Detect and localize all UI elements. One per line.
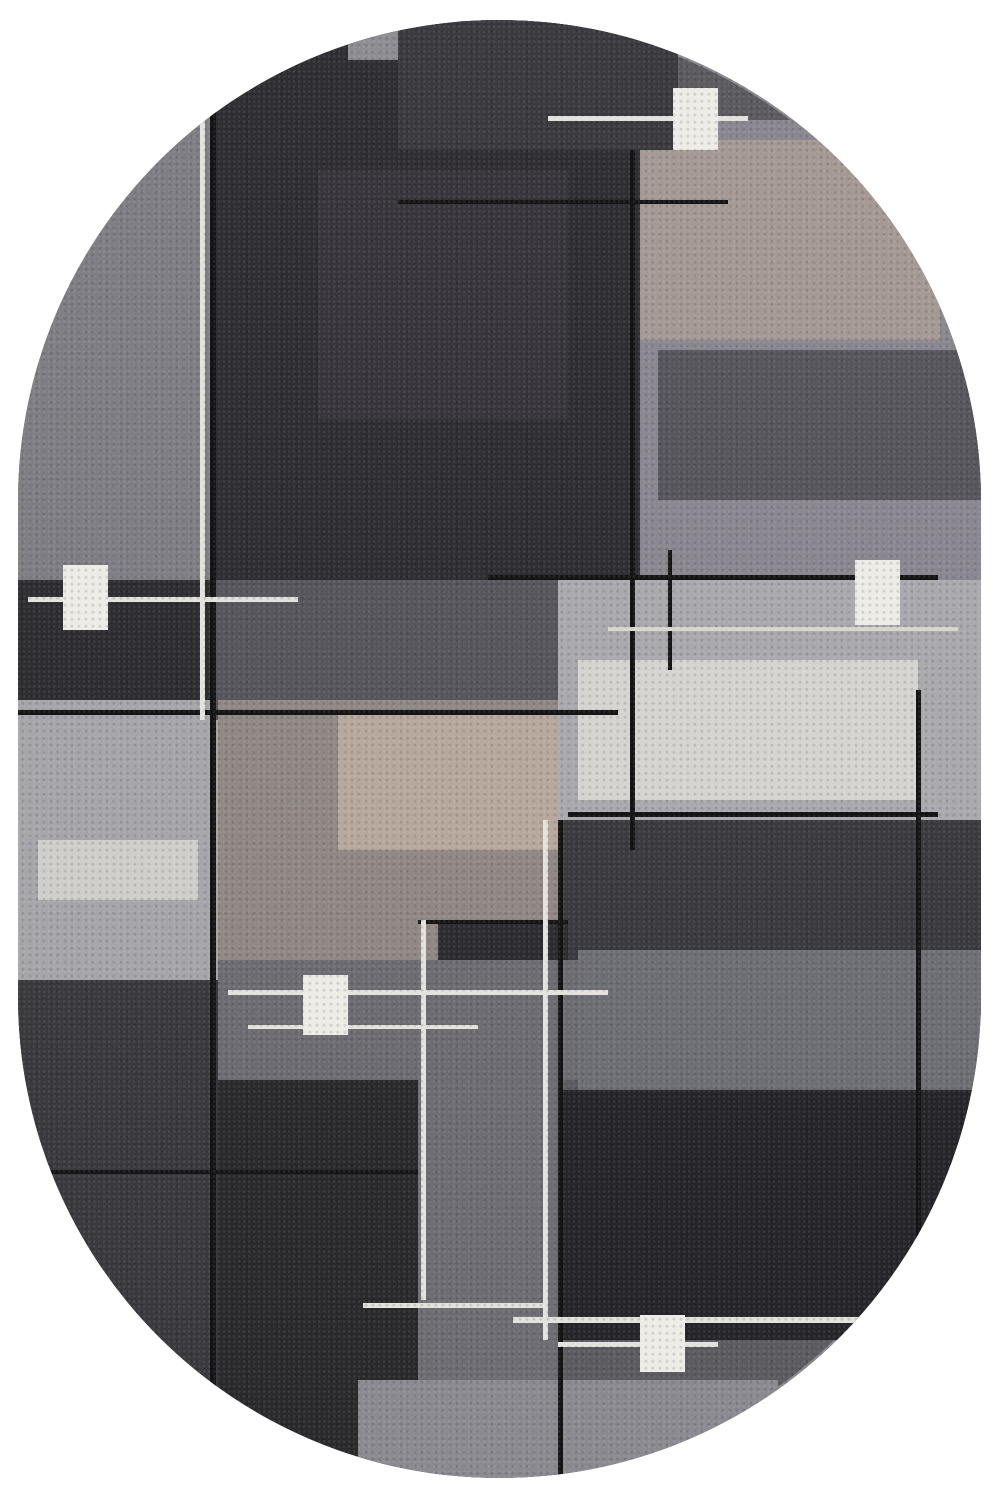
black-line: [210, 20, 216, 1478]
rug-block: [218, 960, 578, 1080]
oval-rug: [18, 20, 981, 1478]
cream-line: [513, 1317, 981, 1323]
black-line: [568, 812, 938, 817]
rug-block: [18, 980, 218, 1478]
black-line: [398, 200, 728, 204]
black-line: [630, 150, 635, 850]
cream-line: [363, 1303, 543, 1308]
cream-line: [543, 820, 548, 1340]
cream-square: [640, 1315, 685, 1372]
cream-square: [673, 88, 718, 150]
rug-block: [398, 20, 678, 150]
rug-block: [38, 840, 198, 900]
cream-line: [608, 627, 958, 631]
black-line: [668, 550, 672, 670]
black-line: [558, 820, 563, 1478]
rug-block: [358, 1380, 778, 1478]
cream-line: [200, 120, 205, 720]
black-line: [18, 710, 618, 715]
cream-square: [855, 560, 900, 625]
cream-square: [63, 565, 108, 630]
black-line: [916, 690, 921, 1390]
rug-block: [640, 140, 940, 340]
cream-line: [558, 1342, 718, 1347]
rug-block: [578, 660, 918, 800]
cream-line: [228, 990, 608, 995]
cream-line: [248, 1025, 478, 1029]
cream-line: [421, 920, 426, 1300]
rug-block: [18, 680, 218, 980]
cream-line: [548, 116, 748, 121]
rug-block: [338, 710, 558, 850]
rug-block: [658, 350, 981, 500]
cream-square: [303, 975, 348, 1035]
black-line: [18, 1170, 418, 1174]
rug-block: [318, 170, 568, 420]
rug-block: [348, 20, 398, 60]
